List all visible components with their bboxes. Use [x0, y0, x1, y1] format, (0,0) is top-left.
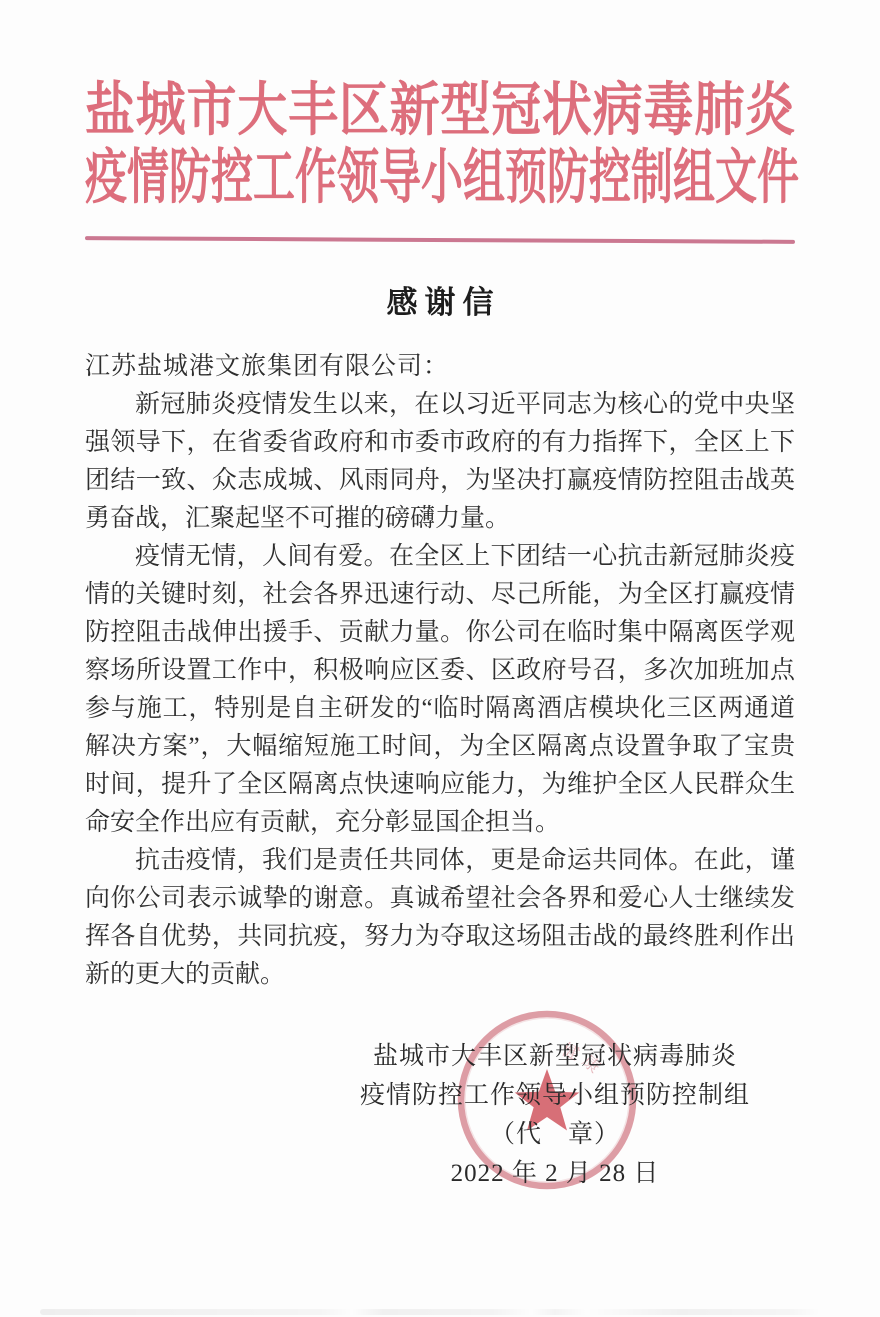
page-content: 盐城市大丰区新型冠状病毒肺炎 疫情防控工作领导小组预防控制组文件 感谢信 江苏盐… — [0, 0, 880, 1193]
salutation: 江苏盐城港文旅集团有限公司： — [85, 348, 795, 386]
letterhead-divider — [85, 236, 795, 244]
paragraph-1: 新冠肺炎疫情发生以来，在以习近平同志为核心的党中央坚强领导下，在省委省政府和市委… — [85, 386, 795, 538]
letter-title: 感谢信 — [85, 286, 795, 320]
scanned-letter-page: 盐城市大丰区新型冠状病毒肺炎 疫情防控工作领导小组预防控制组文件 感谢信 江苏盐… — [0, 0, 880, 1317]
red-letterhead: 盐城市大丰区新型冠状病毒肺炎 疫情防控工作领导小组预防控制组文件 — [85, 80, 795, 242]
paragraph-3: 抗击疫情，我们是责任共同体，更是命运共同体。在此，谨向你公司表示诚挚的谢意。真诚… — [85, 842, 795, 994]
paragraph-2: 疫情无情，人间有爱。在全区上下团结一心抗击新冠肺炎疫情的关键时刻，社会各界迅速行… — [85, 538, 795, 842]
signature-org-line1: 盐城市大丰区新型冠状病毒肺炎 — [345, 1037, 765, 1076]
signature-date: 2022 年 2 月 28 日 — [345, 1154, 765, 1193]
scan-smudge-artifact — [40, 1309, 820, 1315]
signature-seal-note: （代 章） — [345, 1115, 765, 1154]
signature-block: 盐城市大丰区新型冠状病毒肺炎 疫情防控工作领导小组预防控制组 （代 章） 202… — [345, 1037, 765, 1193]
signature-org-line2: 疫情防控工作领导小组预防控制组 — [345, 1076, 765, 1115]
letterhead-line2: 疫情防控工作领导小组预防控制组文件 — [85, 135, 795, 223]
